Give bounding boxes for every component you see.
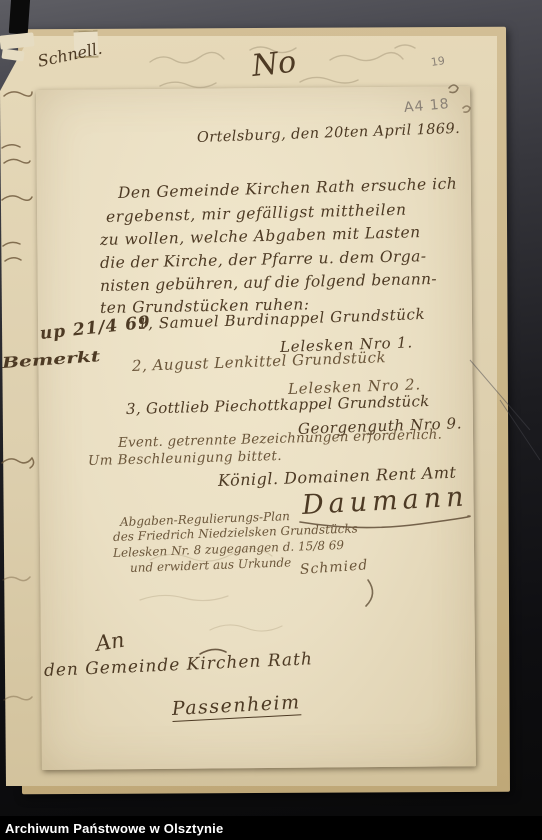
photographed-archive-document: Schnell. No 19 A4 18 Ortelsburg, den 20t… <box>0 0 542 840</box>
archive-caption-bar: Archiwum Państwowe w Olsztynie <box>0 816 542 840</box>
torn-paper-fragment <box>1 49 24 62</box>
binding-strip <box>9 0 31 35</box>
archive-caption: Archiwum Państwowe w Olsztynie <box>5 821 223 836</box>
pencil-archival-mark: A4 18 <box>403 97 450 115</box>
address-salutation: An <box>94 630 126 655</box>
pencil-page-number: 19 <box>430 55 445 68</box>
no-flourish: No <box>250 47 297 81</box>
